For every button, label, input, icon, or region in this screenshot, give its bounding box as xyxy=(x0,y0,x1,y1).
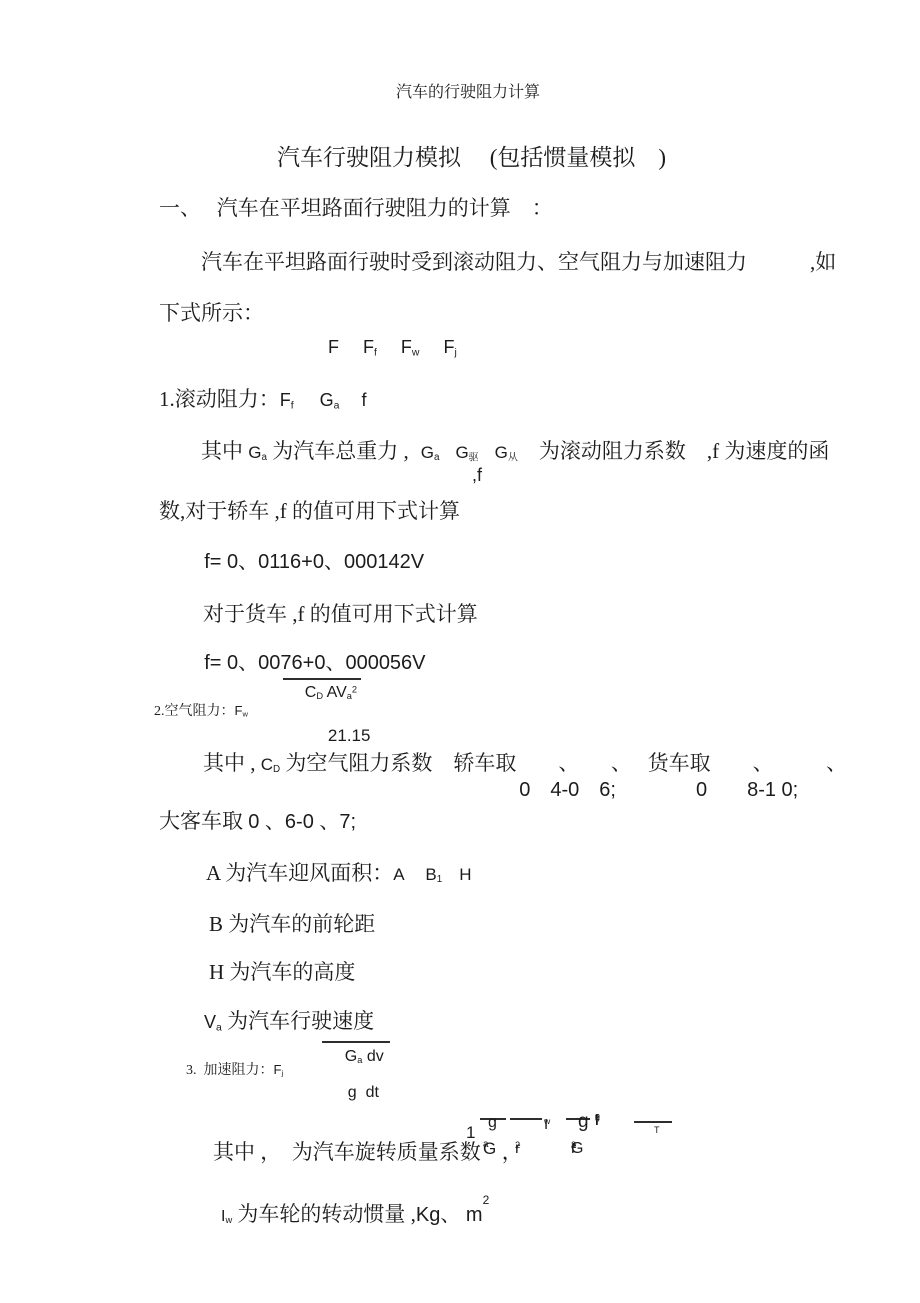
text-seg: 为滚动阻力系数 ,f 为速度的函 xyxy=(518,439,830,463)
running-header: 汽车的行驶阻力计算 xyxy=(0,66,920,121)
symbol-g: g xyxy=(488,1114,497,1132)
fraction-bar xyxy=(322,1041,390,1043)
symbol-Ga: Ga xyxy=(421,443,440,462)
subscript-a: a xyxy=(434,452,439,463)
symbol-B1: B1 xyxy=(425,865,442,884)
symbol-Ga: Ga xyxy=(345,1048,363,1065)
superscript-2: 2 xyxy=(595,1112,600,1122)
symbol-Ff: Ff xyxy=(280,390,294,410)
section-heading-text: 一、 汽车在平坦路面行驶阻力的计算 ： xyxy=(159,196,553,220)
document-page: 汽车的行驶阻力计算 汽车行驶阻力模拟 (包括惯量模拟 ) 一、 汽车在平坦路面行… xyxy=(0,0,920,1303)
subscript-j: j xyxy=(281,1069,283,1078)
subscript-w: w xyxy=(412,347,420,358)
text-seg: 其中 xyxy=(201,439,248,463)
rolling-formula: FfGaf xyxy=(280,390,367,410)
overline-bar xyxy=(634,1121,672,1123)
superscript-2: 2 xyxy=(515,1140,520,1150)
symbol-Fw: Fw xyxy=(235,703,248,718)
superscript-2: 2 xyxy=(483,1193,490,1207)
intro-line1-text: 汽车在平坦路面行驶时受到滚动阻力、空气阻力与加速阻力 ,如 xyxy=(201,250,836,274)
subscript-w: w xyxy=(544,1116,550,1126)
accel-resistance-label: 3. 加速阻力：Fj xyxy=(172,1047,283,1095)
intro-paragraph-line1: 汽车在平坦路面行驶时受到滚动阻力、空气阻力与加速阻力 ,如 xyxy=(180,226,836,298)
formula-A-B1-H: A B1 H xyxy=(393,865,471,884)
intro-paragraph-line2: 下式所示： xyxy=(138,277,264,349)
subscript-f: f xyxy=(374,347,377,358)
fraction-bar xyxy=(510,1118,542,1120)
symbol-Fw: Fw xyxy=(401,337,420,357)
symbol-f: f xyxy=(361,390,366,410)
text-seg: 为汽车总重力 , xyxy=(267,439,409,463)
symbol-CD: CD xyxy=(305,684,323,701)
symbol-F: F xyxy=(328,337,339,357)
subscript-a: a xyxy=(483,1139,488,1150)
symbol-Ga: Ga xyxy=(248,443,267,462)
superscript-2: 2 xyxy=(352,685,357,695)
wheel-inertia-line: Iw 为车轮的转动惯量 ,Kg、 m2 xyxy=(200,1178,489,1251)
symbol-Ga: Ga xyxy=(320,390,340,410)
symbol-AVa: AVa xyxy=(323,684,352,701)
running-header-text: 汽车的行驶阻力计算 xyxy=(396,84,540,101)
air-coefficient-values: 0 4-0 6; 0 8-1 0; xyxy=(497,756,798,825)
symbol-Iw: Iw xyxy=(221,1208,232,1225)
rolling-label: 1.滚动阻力： xyxy=(159,387,280,411)
subscript-driven: 从 xyxy=(508,453,518,464)
symbol-CD: CD xyxy=(261,755,280,774)
subscript-j: j xyxy=(454,347,456,358)
subscript-a: a xyxy=(334,400,340,411)
symbol-g: g xyxy=(578,1111,589,1133)
document-title-text: 汽车行驶阻力模拟 (包括惯量模拟 ) xyxy=(277,145,666,170)
symbol-G-driven: G从 xyxy=(495,443,518,462)
symbol-Fj: Fj xyxy=(443,337,456,357)
symbol-Va: Va xyxy=(204,1012,222,1032)
symbol-T: T xyxy=(654,1125,660,1135)
superscript-2: 2 xyxy=(571,1140,576,1150)
subscript-f: f xyxy=(291,400,294,411)
delta-formula: 1 g Iw g Ifig2i02 T Ga r 2 Gar 2 xyxy=(460,1098,720,1162)
subscript-w: w xyxy=(242,710,247,719)
fraction-bar xyxy=(283,678,361,680)
symbol-Ff: Ff xyxy=(363,337,377,357)
accel-fraction-denominator: g dt xyxy=(330,1066,379,1121)
symbol-dv: dv xyxy=(362,1048,383,1065)
symbol-Fj: Fj xyxy=(274,1062,284,1077)
symbol-1: 1 xyxy=(466,1123,475,1143)
intro-line2-text: 下式所示： xyxy=(159,301,264,325)
